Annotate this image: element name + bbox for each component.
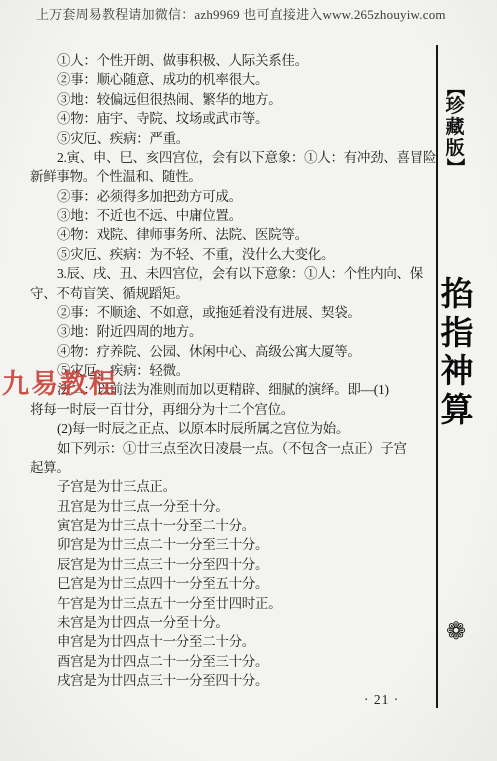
- text-line: 守、不苟盲笑、循规蹈矩。: [30, 284, 434, 303]
- text-line: ⑤灾厄、疾病：严重。: [30, 129, 434, 148]
- text-line: ④物：庙宇、寺院、坟场或武市等。: [30, 109, 434, 128]
- text-line: ④物：疗养院、公园、休闲中心、高级公寓大厦等。: [30, 342, 434, 361]
- text-line: 巳宫是为廿三点四十一分至五十分。: [30, 574, 434, 593]
- edition-char: 版: [445, 138, 464, 159]
- edition-char: 珍: [445, 96, 464, 117]
- text-line: 丑宫是为廿三点一分至十分。: [30, 497, 434, 516]
- text-line: 2.寅、申、巳、亥四宫位，会有以下意象：①人：有冲劲、喜冒险: [30, 148, 434, 167]
- red-watermark: 九易教程: [2, 370, 118, 399]
- text-line: 子宫是为廿三点正。: [30, 477, 434, 496]
- text-line: ②事：不顺途、不如意，或拖延着没有进展、契袋。: [30, 303, 434, 322]
- header-promo-note: 上万套周易教程请加微信：azh9969 也可直接进入www.265zhouyiw…: [36, 7, 456, 22]
- text-line: 将每一时辰一百廿分，再细分为十二个宫位。: [30, 400, 434, 419]
- bracket-open-glyph: 【: [447, 79, 463, 97]
- title-char: 神: [441, 353, 474, 392]
- text-line: ②事：顺心随意、成功的机率很大。: [30, 70, 434, 89]
- text-line: 未宫是为廿四点一分至十分。: [30, 613, 434, 632]
- title-char: 指: [441, 315, 474, 354]
- text-line: 戌宫是为廿四点三十一分至四十分。: [30, 671, 434, 690]
- text-line: 寅宫是为廿三点十一分至二十分。: [30, 516, 434, 535]
- text-line: (2)每一时辰之正点、以原本时辰所属之宫位为始。: [30, 419, 434, 438]
- flower-ornament-icon: ❁: [443, 617, 469, 647]
- title-char: 掐: [441, 276, 474, 315]
- text-line: 卯宫是为廿三点二十一分至三十分。: [30, 535, 434, 554]
- text-line: 午宫是为廿三点五十一分至廿四时正。: [30, 594, 434, 613]
- text-line: 申宫是为廿四点十一分至二十分。: [30, 632, 434, 651]
- edition-char: 藏: [445, 117, 464, 138]
- bracket-close-glyph: 】: [447, 158, 463, 176]
- edition-badge: 【 珍 藏 版 】: [441, 80, 469, 175]
- page-number: · 21 ·: [364, 692, 399, 708]
- text-line: 辰宫是为廿三点三十一分至四十分。: [30, 555, 434, 574]
- title-char: 算: [441, 392, 474, 431]
- text-line: ③地：较偏远但很热闹、繁华的地方。: [30, 90, 434, 109]
- book-title-vertical: 掐 指 神 算: [438, 276, 476, 430]
- text-line: 如下列示：①廿三点至次日凌晨一点。（不包含一点正）子宫: [30, 439, 434, 458]
- text-line: ③地：附近四周的地方。: [30, 322, 434, 341]
- text-line: ⑤灾厄、疾病：为不轻、不重，没什么大变化。: [30, 245, 434, 264]
- scanned-book-page: 上万套周易教程请加微信：azh9969 也可直接进入www.265zhouyiw…: [0, 0, 497, 761]
- text-line: 3.辰、戌、丑、未四宫位，会有以下意象：①人：个性内向、保: [30, 264, 434, 283]
- text-line: ③地：不近也不远、中庸位置。: [30, 206, 434, 225]
- text-line: ④物：戏院、律师事务所、法院、医院等。: [30, 225, 434, 244]
- text-line: 酉宫是为廿四点二十一分至三十分。: [30, 652, 434, 671]
- text-line: 新鲜事物。个性温和、随性。: [30, 167, 434, 186]
- text-line: 起算。: [30, 458, 434, 477]
- text-line: ①人：个性开朗、做事积极、人际关系佳。: [30, 51, 434, 70]
- text-line: ②事：必须得多加把劲方可成。: [30, 187, 434, 206]
